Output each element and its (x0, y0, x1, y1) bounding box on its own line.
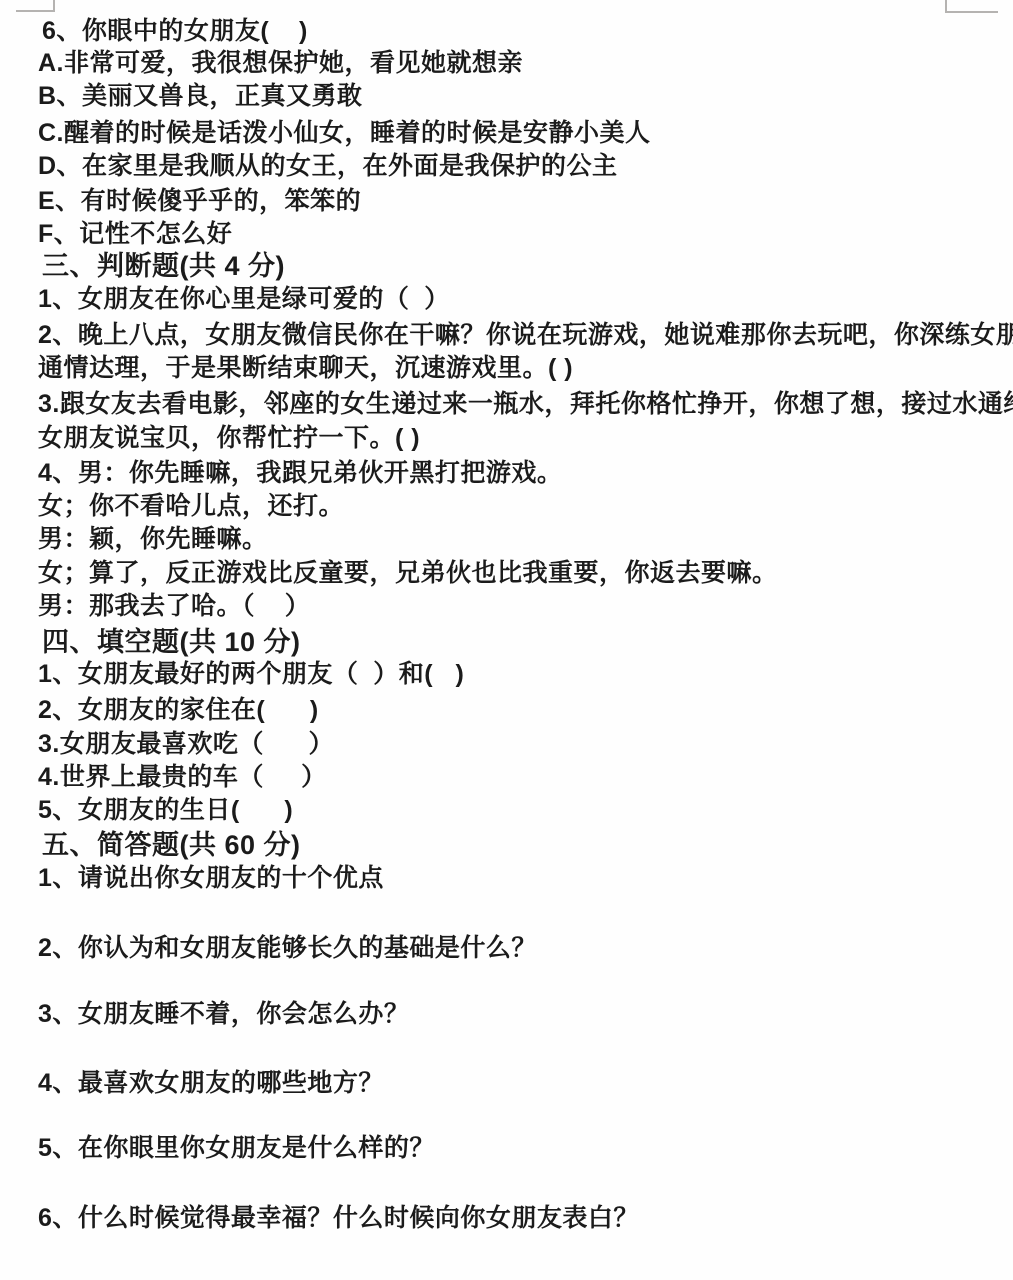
short-q3: 3、女朋友睡不着，你会怎么办？ (38, 999, 409, 1030)
page-corner-mark-left (16, 0, 55, 12)
judge-q4-female1: 女；你不看哈儿点，还打。 (38, 491, 344, 522)
section-4-heading: 四、填空题(共 10 分) (42, 626, 301, 660)
option-a: A.非常可爱，我很想保护她，看见她就想亲 (38, 48, 523, 79)
blank-q5: 5、女朋友的生日( ) (38, 795, 293, 826)
short-q1: 1、请说出你女朋友的十个优点 (38, 863, 384, 894)
option-c: C.醒着的时候是话泼小仙女，睡着的时候是安静小美人 (38, 118, 651, 149)
judge-q4-male3: 男：那我去了哈。（ ） (38, 591, 310, 622)
option-e: E、有时候傻乎乎的，笨笨的 (38, 186, 361, 217)
blank-q1: 1、女朋友最好的两个朋友（ ）和( ) (38, 659, 464, 690)
section-3-heading: 三、判断题(共 4 分) (42, 250, 285, 284)
judge-q3-line1: 3.跟女友去看电影，邻座的女生递过来一瓶水，拜托你格忙挣开，你想了想，接过水通给 (38, 389, 1013, 420)
judge-q4-male2: 男：颖，你先睡嘛。 (38, 524, 268, 555)
judge-q3-line2: 女朋友说宝贝，你帮忙拧一下。( ) (38, 423, 420, 454)
short-q6: 6、什么时候觉得最幸福？什么时候向你女朋友表白？ (38, 1203, 639, 1234)
judge-q2-line2: 通情达理，于是果断结束聊天，沉速游戏里。( ) (38, 353, 573, 384)
judge-q4-male1: 4、男：你先睡嘛，我跟兄弟伙开黑打把游戏。 (38, 458, 562, 489)
blank-q4: 4.世界上最贵的车（ ） (38, 762, 327, 793)
question-6-title: 6、你眼中的女朋友( ) (42, 16, 308, 47)
judge-q1: 1、女朋友在你心里是绿可爱的（ ） (38, 284, 450, 315)
page-corner-mark-right (945, 0, 998, 13)
option-f: F、记性不怎么好 (38, 219, 232, 250)
short-q5: 5、在你眼里你女朋友是什么样的？ (38, 1133, 435, 1164)
option-b: B、美丽又兽良，正真又勇敢 (38, 81, 363, 112)
judge-q2-line1: 2、晚上八点，女朋友微信民你在干嘛？你说在玩游戏，她说难那你去玩吧，你深练女朋友 (38, 320, 1013, 351)
section-5-heading: 五、简答题(共 60 分) (42, 829, 301, 863)
exam-document-page: 6、你眼中的女朋友( )A.非常可爱，我很想保护她，看见她就想亲B、美丽又兽良，… (0, 0, 1013, 1280)
blank-q3: 3.女朋友最喜欢吃（ ） (38, 729, 334, 760)
short-q2: 2、你认为和女朋友能够长久的基础是什么？ (38, 933, 537, 964)
short-q4: 4、最喜欢女朋友的哪些地方？ (38, 1068, 384, 1099)
option-d: D、在家里是我顺从的女王，在外面是我保护的公主 (38, 151, 618, 182)
judge-q4-female2: 女；算了，反正游戏比反童要，兄弟伙也比我重要，你返去要嘛。 (38, 558, 778, 589)
blank-q2: 2、女朋友的家住在( ) (38, 695, 319, 726)
